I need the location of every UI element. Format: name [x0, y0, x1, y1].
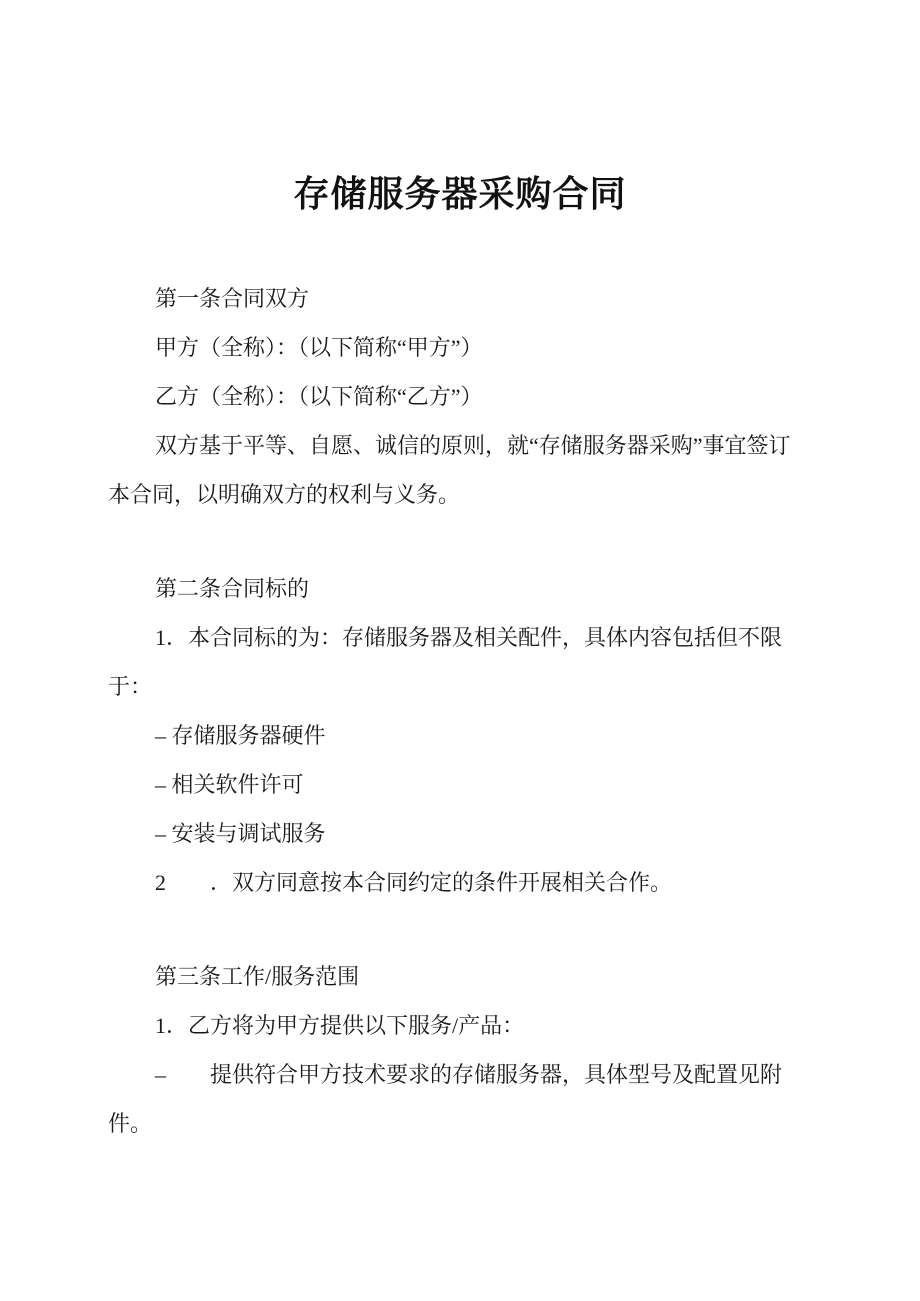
paragraph-line: 乙方（全称）：（以下简称“乙方”） [108, 372, 810, 421]
section-heading: 第二条合同标的 [108, 564, 810, 613]
bullet-line: – 安装与调试服务 [108, 809, 810, 858]
paragraph-line: 1．乙方将为甲方提供以下服务/产品： [108, 1001, 810, 1050]
document-title: 存储服务器采购合同 [0, 172, 920, 216]
continuation-line: 件。 [108, 1099, 810, 1148]
section-contract-parties: 第一条合同双方 甲方（全称）：（以下简称“甲方”） 乙方（全称）：（以下简称“乙… [108, 274, 810, 519]
paragraph-line: 甲方（全称）：（以下简称“甲方”） [108, 323, 810, 372]
bullet-line: – 相关软件许可 [108, 760, 810, 809]
section-contract-subject: 第二条合同标的 1．本合同标的为：存储服务器及相关配件，具体内容包括但不限 于：… [108, 564, 810, 907]
continuation-line: 于： [108, 662, 810, 711]
section-heading: 第三条工作/服务范围 [108, 952, 810, 1001]
paragraph-line: 2 ．双方同意按本合同约定的条件开展相关合作。 [108, 858, 810, 907]
bullet-line: – 提供符合甲方技术要求的存储服务器，具体型号及配置见附 [108, 1050, 810, 1099]
paragraph-line: 1．本合同标的为：存储服务器及相关配件，具体内容包括但不限 [108, 613, 810, 662]
document-body: 第一条合同双方 甲方（全称）：（以下简称“甲方”） 乙方（全称）：（以下简称“乙… [108, 274, 810, 1148]
section-heading: 第一条合同双方 [108, 274, 810, 323]
document-page: 存储服务器采购合同 第一条合同双方 甲方（全称）：（以下简称“甲方”） 乙方（全… [0, 0, 920, 1301]
section-scope-of-work: 第三条工作/服务范围 1．乙方将为甲方提供以下服务/产品： – 提供符合甲方技术… [108, 952, 810, 1148]
continuation-line: 本合同，以明确双方的权利与义务。 [108, 470, 810, 519]
bullet-line: – 存储服务器硬件 [108, 711, 810, 760]
paragraph-line: 双方基于平等、自愿、诚信的原则，就“存储服务器采购”事宜签订 [108, 421, 810, 470]
